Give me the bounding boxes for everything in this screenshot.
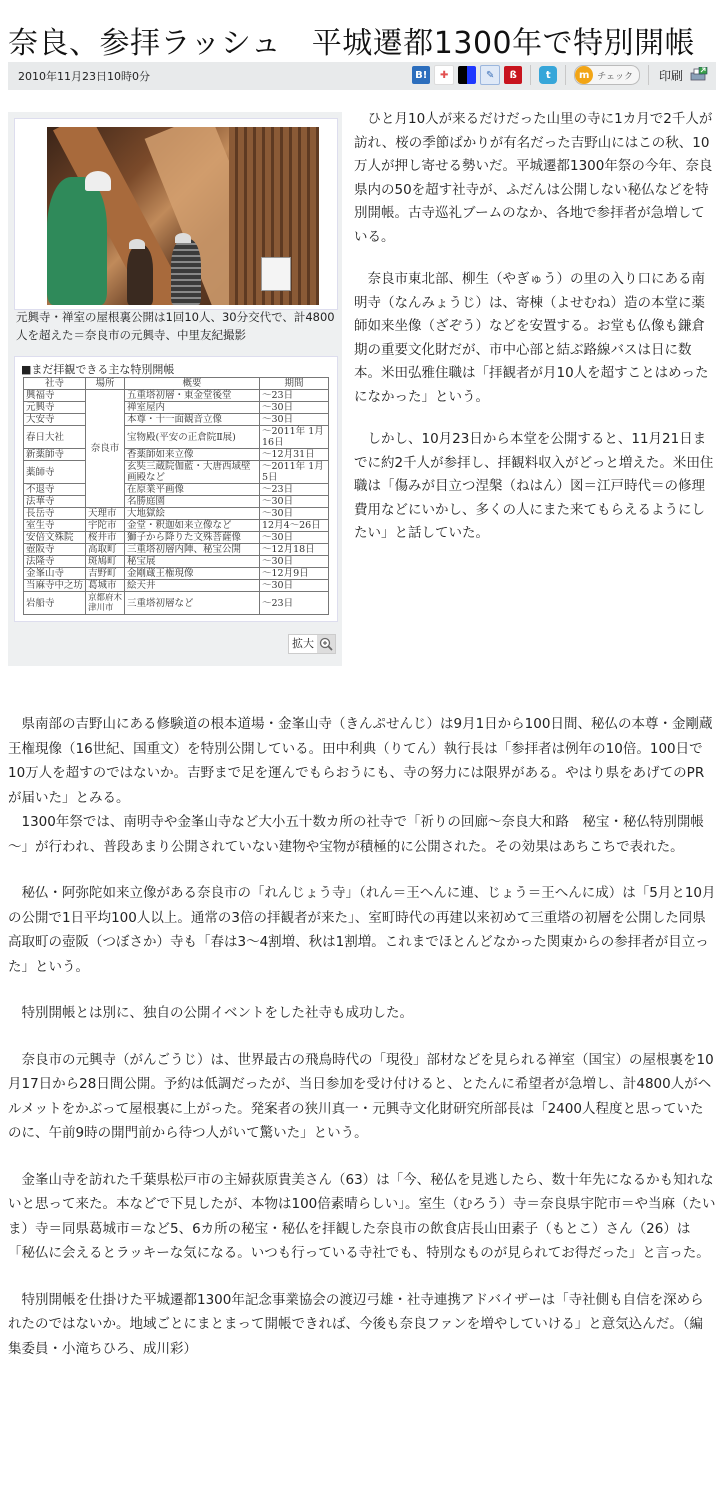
paragraph: 奈良市東北部、柳生（やぎゅう）の里の入り口にある南明寺（なんみょうじ）は、寄棟（…	[354, 268, 716, 409]
cell-temple: 長岳寺	[24, 508, 86, 520]
cell-summary: 金剛蔵王権現像	[125, 568, 260, 580]
cell-period: ～30日	[260, 402, 329, 414]
cell-place: 桜井市	[86, 532, 125, 544]
paragraph: 奈良市の元興寺（がんごうじ）は、世界最古の飛鳥時代の「現役」部材などを見られる禅…	[8, 1048, 716, 1146]
cell-period: ～12月18日	[260, 544, 329, 556]
cell-period: ～23日	[260, 484, 329, 496]
cell-summary: 香薬師如来立像	[125, 449, 260, 461]
schedule-table: 社寺 場所 概要 期間 興福寺 奈良市 五重塔初層・東金堂後堂 ～23日 元興寺…	[23, 377, 329, 615]
header-period: 期間	[260, 378, 329, 390]
article-photo[interactable]	[47, 127, 319, 305]
cell-summary: 三重塔初層など	[125, 592, 260, 615]
table-row: 長岳寺 天理市 大地獄絵 ～30日	[24, 508, 329, 520]
cell-summary: 絵天井	[125, 580, 260, 592]
paragraph: 1300年祭では、南明寺や金峯山寺など大小五十数カ所の社寺で「祈りの回廊～奈良大…	[8, 810, 716, 859]
meta-bar: 2010年11月23日10時0分 B! ✚ ✎ ß t m チェック 印刷	[8, 62, 716, 90]
print-link[interactable]: 印刷	[659, 67, 683, 84]
cell-temple: 元興寺	[24, 402, 86, 414]
cell-summary: 禅室屋内	[125, 402, 260, 414]
cell-period: ～30日	[260, 556, 329, 568]
enlarge-button[interactable]: 拡大	[288, 634, 336, 654]
cell-period: ～2011年 1月16日	[260, 426, 329, 449]
paragraph: 特別開帳とは別に、独自の公開イベントをした社寺も成功した。	[8, 1001, 716, 1026]
table-row: 春日大社 宝物殿(平安の正倉院Ⅱ展) ～2011年 1月16日	[24, 426, 329, 449]
cell-summary: 本尊・十一面観音立像	[125, 414, 260, 426]
magnifier-plus-icon	[317, 635, 335, 653]
cell-summary: 獅子から降りた文殊菩薩像	[125, 532, 260, 544]
cell-temple: 不退寺	[24, 484, 86, 496]
hatena-bookmark-icon[interactable]: B!	[412, 66, 430, 84]
cell-period: 12月4～26日	[260, 520, 329, 532]
cell-summary: 三重塔初層内陣、秘宝公開	[125, 544, 260, 556]
paragraph: 秘仏・阿弥陀如来立像がある奈良市の「れんじょう寺」（れん＝王へんに連、じょう＝王…	[8, 881, 716, 979]
cell-temple: 春日大社	[24, 426, 86, 449]
cell-place: 宇陀市	[86, 520, 125, 532]
cell-period: ～30日	[260, 496, 329, 508]
divider	[648, 65, 649, 85]
printer-icon[interactable]	[690, 67, 708, 83]
mixi-icon: m	[575, 66, 593, 84]
table-row: 不退寺 在原業平画像 ～23日	[24, 484, 329, 496]
mixi-check-button[interactable]: m チェック	[574, 65, 640, 85]
table-row: 法華寺 名勝庭園 ～30日	[24, 496, 329, 508]
cell-temple: 岩船寺	[24, 592, 86, 615]
cell-temple: 興福寺	[24, 390, 86, 402]
cell-period: ～23日	[260, 592, 329, 615]
table-row: 安倍文殊院 桜井市 獅子から降りた文殊菩薩像 ～30日	[24, 532, 329, 544]
cell-period: ～30日	[260, 532, 329, 544]
table-header-row: 社寺 場所 概要 期間	[24, 378, 329, 390]
buzzurl-icon[interactable]: ß	[504, 66, 522, 84]
cell-summary: 秘宝展	[125, 556, 260, 568]
table-row: 新薬師寺 香薬師如来立像 ～12月31日	[24, 449, 329, 461]
clip-icon[interactable]: ✎	[480, 65, 500, 85]
cell-temple: 新薬師寺	[24, 449, 86, 461]
paragraph: 県南部の吉野山にある修験道の根本道場・金峯山寺（きんぷせんじ）は9月1日から10…	[8, 712, 716, 810]
cell-summary: 大地獄絵	[125, 508, 260, 520]
enlarge-label: 拡大	[289, 635, 317, 653]
cell-summary: 在原業平画像	[125, 484, 260, 496]
cell-temple: 安倍文殊院	[24, 532, 86, 544]
table-row: 室生寺 宇陀市 金堂・釈迦如来立像など 12月4～26日	[24, 520, 329, 532]
cell-temple: 当麻寺中之坊	[24, 580, 86, 592]
article-headline: 奈良、参拝ラッシュ 平城遷都1300年で特別開帳	[8, 24, 695, 64]
schedule-table-image: ■まだ拝観できる主な特別開帳 社寺 場所 概要 期間 興福寺 奈良市 五重塔初層…	[14, 356, 338, 622]
media-sidebar: 元興寺・禅室の屋根裏公開は1回10人、30分交代で、計4800人を超えた＝奈良市…	[8, 112, 342, 666]
table-row: 壺阪寺 高取町 三重塔初層内陣、秘宝公開 ～12月18日	[24, 544, 329, 556]
cell-summary: 玄奘三蔵院伽藍・大唐西域壁画殿など	[125, 461, 260, 484]
cell-period: ～12月31日	[260, 449, 329, 461]
paragraph: しかし、10月23日から本堂を公開すると、11月21日までに約2千人が参拝し、拝…	[354, 428, 716, 546]
check-label: チェック	[597, 69, 633, 82]
cell-temple: 法隆寺	[24, 556, 86, 568]
divider	[530, 65, 531, 85]
publish-timestamp: 2010年11月23日10時0分	[18, 68, 150, 84]
cell-period: ～30日	[260, 508, 329, 520]
divider	[565, 65, 566, 85]
cell-temple: 室生寺	[24, 520, 86, 532]
article-body: 県南部の吉野山にある修験道の根本道場・金峯山寺（きんぷせんじ）は9月1日から10…	[8, 712, 716, 1361]
cell-period: ～2011年 1月5日	[260, 461, 329, 484]
livedoor-clip-icon[interactable]: ✚	[434, 65, 454, 85]
table-row: 岩船寺 京都府木津川市 三重塔初層など ～23日	[24, 592, 329, 615]
header-temple: 社寺	[24, 378, 86, 390]
photo-caption: 元興寺・禅室の屋根裏公開は1回10人、30分交代で、計4800人を超えた＝奈良市…	[16, 308, 336, 344]
photo-frame	[14, 118, 338, 310]
cell-temple: 大安寺	[24, 414, 86, 426]
table-row: 大安寺 本尊・十一面観音立像 ～30日	[24, 414, 329, 426]
header-summary: 概要	[125, 378, 260, 390]
paragraph: ひと月10人が来るだけだった山里の寺に1カ月で2千人が訪れ、桜の季節ばかりが有名…	[354, 108, 716, 249]
twitter-icon[interactable]: t	[539, 66, 557, 84]
cell-temple: 金峯山寺	[24, 568, 86, 580]
cell-summary: 宝物殿(平安の正倉院Ⅱ展)	[125, 426, 260, 449]
cell-place: 斑鳩町	[86, 556, 125, 568]
cell-place: 奈良市	[86, 390, 125, 508]
paragraph: 特別開帳を仕掛けた平城遷都1300年記念事業協会の渡辺弓雄・社寺連携アドバイザー…	[8, 1288, 716, 1362]
table-row: 薬師寺 玄奘三蔵院伽藍・大唐西域壁画殿など ～2011年 1月5日	[24, 461, 329, 484]
cell-temple: 薬師寺	[24, 461, 86, 484]
cell-temple: 壺阪寺	[24, 544, 86, 556]
cell-place: 天理市	[86, 508, 125, 520]
cell-period: ～23日	[260, 390, 329, 402]
delicious-icon[interactable]	[458, 66, 476, 84]
cell-period: ～30日	[260, 580, 329, 592]
cell-summary: 金堂・釈迦如来立像など	[125, 520, 260, 532]
cell-period: ～12月9日	[260, 568, 329, 580]
table-row: 興福寺 奈良市 五重塔初層・東金堂後堂 ～23日	[24, 390, 329, 402]
cell-place: 高取町	[86, 544, 125, 556]
table-row: 法隆寺 斑鳩町 秘宝展 ～30日	[24, 556, 329, 568]
cell-place: 葛城市	[86, 580, 125, 592]
share-toolbar: B! ✚ ✎ ß t m チェック 印刷	[412, 65, 708, 85]
paragraph: 金峯山寺を訪れた千葉県松戸市の主婦荻原貴美さん（63）は「今、秘仏を見逃したら、…	[8, 1168, 716, 1266]
table-row: 当麻寺中之坊 葛城市 絵天井 ～30日	[24, 580, 329, 592]
table-row: 元興寺 禅室屋内 ～30日	[24, 402, 329, 414]
cell-summary: 五重塔初層・東金堂後堂	[125, 390, 260, 402]
cell-place: 吉野町	[86, 568, 125, 580]
header-place: 場所	[86, 378, 125, 390]
table-row: 金峯山寺 吉野町 金剛蔵王権現像 ～12月9日	[24, 568, 329, 580]
cell-period: ～30日	[260, 414, 329, 426]
cell-temple: 法華寺	[24, 496, 86, 508]
table-title: ■まだ拝観できる主な特別開帳	[21, 361, 174, 377]
lead-column: ひと月10人が来るだけだった山里の寺に1カ月で2千人が訪れ、桜の季節ばかりが有名…	[354, 108, 716, 565]
cell-summary: 名勝庭園	[125, 496, 260, 508]
cell-place: 京都府木津川市	[86, 592, 125, 615]
